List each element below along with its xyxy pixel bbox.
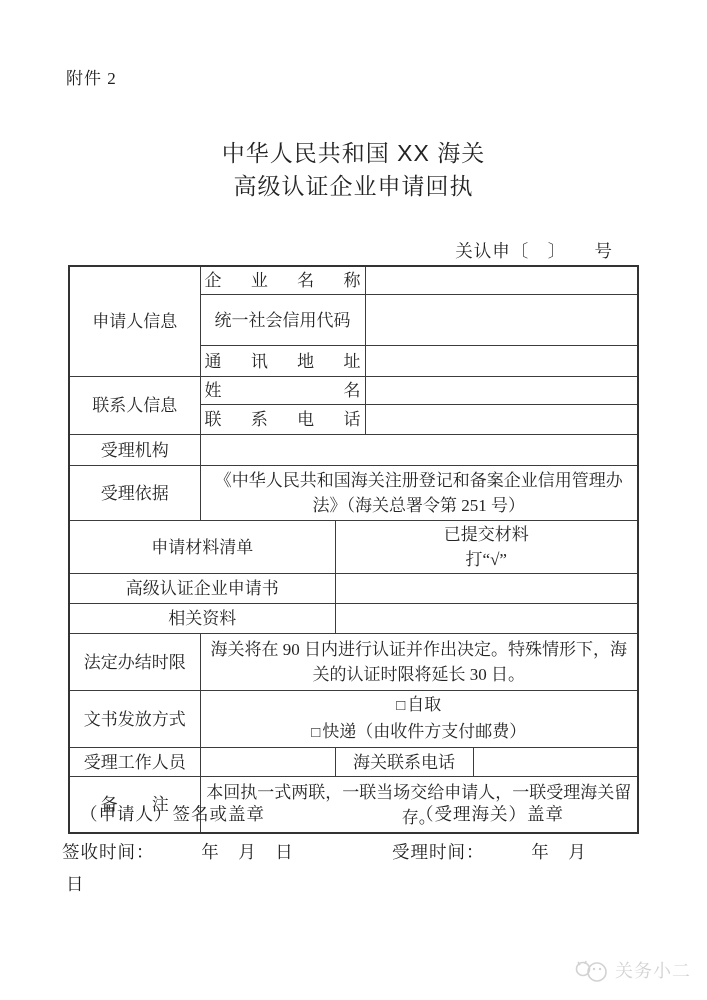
attachment-label: 附件 2	[66, 64, 117, 89]
title-line-2: 高级认证企业申请回执	[0, 170, 707, 203]
document-number: 关认申〔 〕 号	[455, 238, 613, 263]
document-delivery-options: □自取 □快递（由收件方支付邮费）	[200, 691, 638, 748]
table-row: 受理机构	[69, 435, 638, 466]
materials-list-header: 申请材料清单	[69, 521, 335, 574]
table-row: 申请材料清单 已提交材料 打“√”	[69, 521, 638, 574]
applicant-signature-label: （申请人）签名或盖章	[80, 801, 265, 826]
company-name-label: 企业名称	[200, 266, 365, 295]
table-row: 相关资料	[69, 604, 638, 634]
acceptance-basis-value: 《中华人民共和国海关注册登记和备案企业信用管理办法》（海关总署令第 251 号）	[200, 466, 638, 521]
guanwu-xiaoer-logo-icon	[574, 956, 610, 984]
contact-info-label: 联系人信息	[69, 377, 200, 435]
delivery-option-express-label: 快递（由收件方支付邮费）	[322, 722, 526, 741]
acceptance-basis-label: 受理依据	[69, 466, 200, 521]
contact-name-value	[365, 377, 638, 405]
applicant-info-label: 申请人信息	[69, 266, 200, 377]
delivery-option-express: □快递（由收件方支付邮费）	[205, 719, 634, 746]
watermark: 关务小二	[574, 956, 691, 984]
mailing-address-value	[365, 346, 638, 377]
table-row: 高级认证企业申请书	[69, 574, 638, 604]
table-row: 受理工作人员 海关联系电话	[69, 748, 638, 777]
accept-time-label: 受理时间： 年 月	[392, 839, 587, 864]
staff-value	[200, 748, 335, 777]
checkbox-icon: □	[311, 721, 320, 746]
mailing-address-label: 通讯地址	[200, 346, 365, 377]
statutory-time-limit-label: 法定办结时限	[69, 634, 200, 691]
application-form-label: 高级认证企业申请书	[69, 574, 335, 604]
accepting-org-value	[200, 435, 638, 466]
checkbox-icon: □	[396, 694, 405, 719]
submitted-materials-line2: 打“√”	[340, 547, 634, 572]
table-row: 申请人信息 企业名称	[69, 266, 638, 295]
accept-time-wrap: 日	[66, 871, 84, 896]
contact-name-label: 姓名	[200, 377, 365, 405]
document-delivery-label: 文书发放方式	[69, 691, 200, 748]
document-page: 附件 2 中华人民共和国 XX 海关 高级认证企业申请回执 关认申〔 〕 号 申…	[0, 0, 707, 1000]
sign-time-label: 签收时间： 年 月 日	[62, 839, 294, 864]
delivery-option-pickup-label: 自取	[407, 695, 441, 714]
related-materials-check-cell	[335, 604, 638, 634]
statutory-time-limit-value: 海关将在 90 日内进行认证并作出决定。特殊情形下，海关的认证时限将延长 30 …	[200, 634, 638, 691]
watermark-text: 关务小二	[615, 957, 691, 983]
table-row: 联系人信息 姓名	[69, 377, 638, 405]
table-row: 受理依据 《中华人民共和国海关注册登记和备案企业信用管理办法》（海关总署令第 2…	[69, 466, 638, 521]
company-name-value	[365, 266, 638, 295]
staff-label: 受理工作人员	[69, 748, 200, 777]
credit-code-value	[365, 295, 638, 346]
document-title: 中华人民共和国 XX 海关 高级认证企业申请回执	[0, 137, 707, 203]
title-line-1: 中华人民共和国 XX 海关	[0, 137, 707, 170]
customs-seal-label: （受理海关）盖章	[416, 801, 564, 826]
related-materials-label: 相关资料	[69, 604, 335, 634]
contact-phone-value	[365, 405, 638, 435]
accepting-org-label: 受理机构	[69, 435, 200, 466]
customs-phone-label: 海关联系电话	[335, 748, 473, 777]
table-row: 文书发放方式 □自取 □快递（由收件方支付邮费）	[69, 691, 638, 748]
submitted-materials-header: 已提交材料 打“√”	[335, 521, 638, 574]
delivery-option-pickup: □自取	[205, 692, 634, 719]
table-row: 法定办结时限 海关将在 90 日内进行认证并作出决定。特殊情形下，海关的认证时限…	[69, 634, 638, 691]
contact-phone-label: 联系电话	[200, 405, 365, 435]
application-receipt-table: 申请人信息 企业名称 统一社会信用代码 通讯地址 联系人信息 姓名 联系电话	[68, 265, 639, 834]
application-form-check-cell	[335, 574, 638, 604]
customs-phone-value	[473, 748, 638, 777]
credit-code-label: 统一社会信用代码	[200, 295, 365, 346]
submitted-materials-line1: 已提交材料	[340, 522, 634, 547]
